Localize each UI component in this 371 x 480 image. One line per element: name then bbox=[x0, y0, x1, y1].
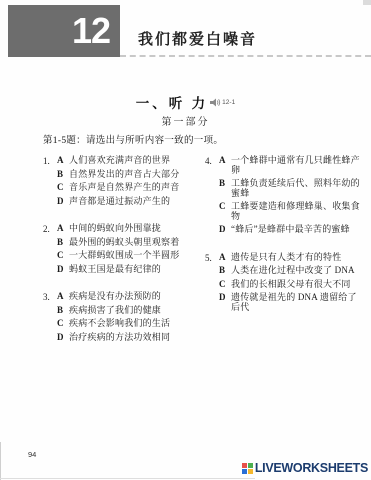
options-list: A人们喜欢充满声音的世界 B自然界发出的声音占大部分 C音乐声是自然界产生的声音… bbox=[57, 156, 201, 210]
option-letter: B bbox=[57, 238, 69, 248]
options-list: A中间的蚂蚁向外围靠拢 B最外围的蚂蚁头朝里观察着 C一大群蚂蚁围成一个半圆形 … bbox=[57, 224, 201, 278]
option-letter: D bbox=[57, 333, 69, 343]
option-letter: D bbox=[57, 197, 69, 207]
option-text: 疾病是没有办法预防的 bbox=[69, 292, 161, 302]
option-row[interactable]: A中间的蚂蚁向外围靠拢 bbox=[57, 224, 201, 234]
liveworksheets-wordmark: LIVEWORKSHEETS bbox=[255, 461, 368, 475]
page-title: 我们都爱白噪音 bbox=[138, 28, 257, 49]
option-row[interactable]: B疾病损害了我们的健康 bbox=[57, 306, 201, 316]
option-text: “蜂后”是蜂群中最辛苦的蜜蜂 bbox=[231, 225, 350, 235]
grid-cell-blue bbox=[242, 469, 247, 474]
part-label: 第一部分 bbox=[0, 113, 371, 128]
option-row[interactable]: C我们的长相跟父母有很大不同 bbox=[219, 280, 363, 290]
questions-left-column: 1. A人们喜欢充满声音的世界 B自然界发出的声音占大部分 C音乐声是自然界产生… bbox=[43, 156, 201, 360]
audio-track-label: 12-1 bbox=[222, 99, 235, 106]
option-text: 疾病不会影响我们的生活 bbox=[69, 319, 170, 329]
option-row[interactable]: A疾病是没有办法预防的 bbox=[57, 292, 201, 302]
option-row[interactable]: A遗传是只有人类才有的特性 bbox=[219, 253, 363, 263]
option-text: 一个蜂群中通常有几只雌性蜂产卵 bbox=[231, 156, 363, 175]
option-text: 中间的蚂蚁向外围靠拢 bbox=[69, 224, 161, 234]
option-text: 蚂蚁王国是最有纪律的 bbox=[69, 265, 161, 275]
option-letter: D bbox=[219, 293, 231, 312]
option-text: 我们的长相跟父母有很大不同 bbox=[231, 280, 351, 290]
instruction-text: 第1-5题：请选出与所听内容一致的一项。 bbox=[43, 132, 223, 146]
liveworksheets-grid-icon bbox=[242, 463, 253, 474]
option-row[interactable]: C音乐声是自然界产生的声音 bbox=[57, 183, 201, 193]
option-letter: A bbox=[219, 156, 231, 175]
option-text: 音乐声是自然界产生的声音 bbox=[69, 183, 179, 193]
option-text: 工蜂要建造和修理蜂巢、收集食物 bbox=[231, 202, 363, 221]
questions-right-column: 4. A一个蜂群中通常有几只雌性蜂产卵 B工蜂负责延续后代、照料年幼的蜜蜂 C工… bbox=[205, 156, 363, 360]
question-4: 4. A一个蜂群中通常有几只雌性蜂产卵 B工蜂负责延续后代、照料年幼的蜜蜂 C工… bbox=[205, 156, 363, 239]
option-text: 治疗疾病的方法功效相同 bbox=[69, 333, 170, 343]
grid-cell-yellow bbox=[248, 469, 253, 474]
option-row[interactable]: C疾病不会影响我们的生活 bbox=[57, 319, 201, 329]
page-number: 94 bbox=[28, 450, 36, 459]
option-letter: C bbox=[57, 251, 69, 261]
option-row[interactable]: D声音都是通过振动产生的 bbox=[57, 197, 201, 207]
option-letter: A bbox=[57, 224, 69, 234]
option-row[interactable]: B工蜂负责延续后代、照料年幼的蜜蜂 bbox=[219, 179, 363, 198]
option-text: 人类在进化过程中改变了 DNA bbox=[231, 266, 355, 276]
option-text: 自然界发出的声音占大部分 bbox=[69, 170, 179, 180]
question-number: 3. bbox=[43, 292, 57, 346]
question-number: 4. bbox=[205, 156, 219, 239]
options-list: A疾病是没有办法预防的 B疾病损害了我们的健康 C疾病不会影响我们的生活 D治疗… bbox=[57, 292, 201, 346]
option-letter: A bbox=[57, 292, 69, 302]
option-text: 一大群蚂蚁围成一个半圆形 bbox=[69, 251, 179, 261]
option-row[interactable]: D治疗疾病的方法功效相同 bbox=[57, 333, 201, 343]
option-letter: C bbox=[219, 280, 231, 290]
option-row[interactable]: A人们喜欢充满声音的世界 bbox=[57, 156, 201, 166]
question-3: 3. A疾病是没有办法预防的 B疾病损害了我们的健康 C疾病不会影响我们的生活 … bbox=[43, 292, 201, 346]
scan-artifact bbox=[0, 478, 255, 479]
option-text: 遗传是只有人类才有的特性 bbox=[231, 253, 341, 263]
grid-cell-green bbox=[248, 463, 253, 468]
option-row[interactable]: D“蜂后”是蜂群中最辛苦的蜜蜂 bbox=[219, 225, 363, 235]
option-row[interactable]: D蚂蚁王国是最有纪律的 bbox=[57, 265, 201, 275]
option-row[interactable]: C工蜂要建造和修理蜂巢、收集食物 bbox=[219, 202, 363, 221]
option-row[interactable]: B自然界发出的声音占大部分 bbox=[57, 170, 201, 180]
option-letter: C bbox=[219, 202, 231, 221]
option-letter: B bbox=[219, 179, 231, 198]
option-text: 疾病损害了我们的健康 bbox=[69, 306, 161, 316]
unit-number: 12 bbox=[72, 13, 110, 49]
options-list: A遗传是只有人类才有的特性 B人类在进化过程中改变了 DNA C我们的长相跟父母… bbox=[219, 253, 363, 317]
unit-number-box: 12 bbox=[8, 5, 120, 57]
option-text: 人们喜欢充满声音的世界 bbox=[69, 156, 170, 166]
scan-artifact bbox=[0, 442, 1, 480]
option-text: 遗传就是祖先的 DNA 遗留给了后代 bbox=[231, 293, 363, 312]
question-5: 5. A遗传是只有人类才有的特性 B人类在进化过程中改变了 DNA C我们的长相… bbox=[205, 253, 363, 317]
question-number: 5. bbox=[205, 253, 219, 317]
questions-area: 1. A人们喜欢充满声音的世界 B自然界发出的声音占大部分 C音乐声是自然界产生… bbox=[43, 156, 363, 360]
option-letter: D bbox=[57, 265, 69, 275]
question-number: 2. bbox=[43, 224, 57, 278]
option-letter: D bbox=[219, 225, 231, 235]
header-divider bbox=[120, 55, 371, 57]
question-2: 2. A中间的蚂蚁向外围靠拢 B最外围的蚂蚁头朝里观察着 C一大群蚂蚁围成一个半… bbox=[43, 224, 201, 278]
options-list: A一个蜂群中通常有几只雌性蜂产卵 B工蜂负责延续后代、照料年幼的蜜蜂 C工蜂要建… bbox=[219, 156, 363, 239]
liveworksheets-logo[interactable]: LIVEWORKSHEETS bbox=[242, 461, 368, 475]
option-text: 声音都是通过振动产生的 bbox=[69, 197, 170, 207]
option-letter: B bbox=[219, 266, 231, 276]
option-row[interactable]: D遗传就是祖先的 DNA 遗留给了后代 bbox=[219, 293, 363, 312]
question-number: 1. bbox=[43, 156, 57, 210]
speaker-icon[interactable] bbox=[210, 98, 221, 107]
option-text: 最外围的蚂蚁头朝里观察着 bbox=[69, 238, 179, 248]
section-heading-row: 一、听 力12-1 bbox=[0, 92, 371, 112]
option-letter: B bbox=[57, 170, 69, 180]
option-row[interactable]: A一个蜂群中通常有几只雌性蜂产卵 bbox=[219, 156, 363, 175]
option-letter: B bbox=[57, 306, 69, 316]
option-letter: A bbox=[57, 156, 69, 166]
option-letter: C bbox=[57, 319, 69, 329]
worksheet-page: 12 我们都爱白噪音 一、听 力12-1 第一部分 第1-5题：请选出与所听内容… bbox=[0, 0, 371, 480]
section-heading: 一、听 力 bbox=[136, 96, 208, 111]
question-1: 1. A人们喜欢充满声音的世界 B自然界发出的声音占大部分 C音乐声是自然界产生… bbox=[43, 156, 201, 210]
option-row[interactable]: B人类在进化过程中改变了 DNA bbox=[219, 266, 363, 276]
option-letter: C bbox=[57, 183, 69, 193]
option-row[interactable]: C一大群蚂蚁围成一个半圆形 bbox=[57, 251, 201, 261]
grid-cell-red bbox=[242, 463, 247, 468]
scan-artifact bbox=[363, 0, 371, 5]
option-letter: A bbox=[219, 253, 231, 263]
option-row[interactable]: B最外围的蚂蚁头朝里观察着 bbox=[57, 238, 201, 248]
option-text: 工蜂负责延续后代、照料年幼的蜜蜂 bbox=[231, 179, 363, 198]
